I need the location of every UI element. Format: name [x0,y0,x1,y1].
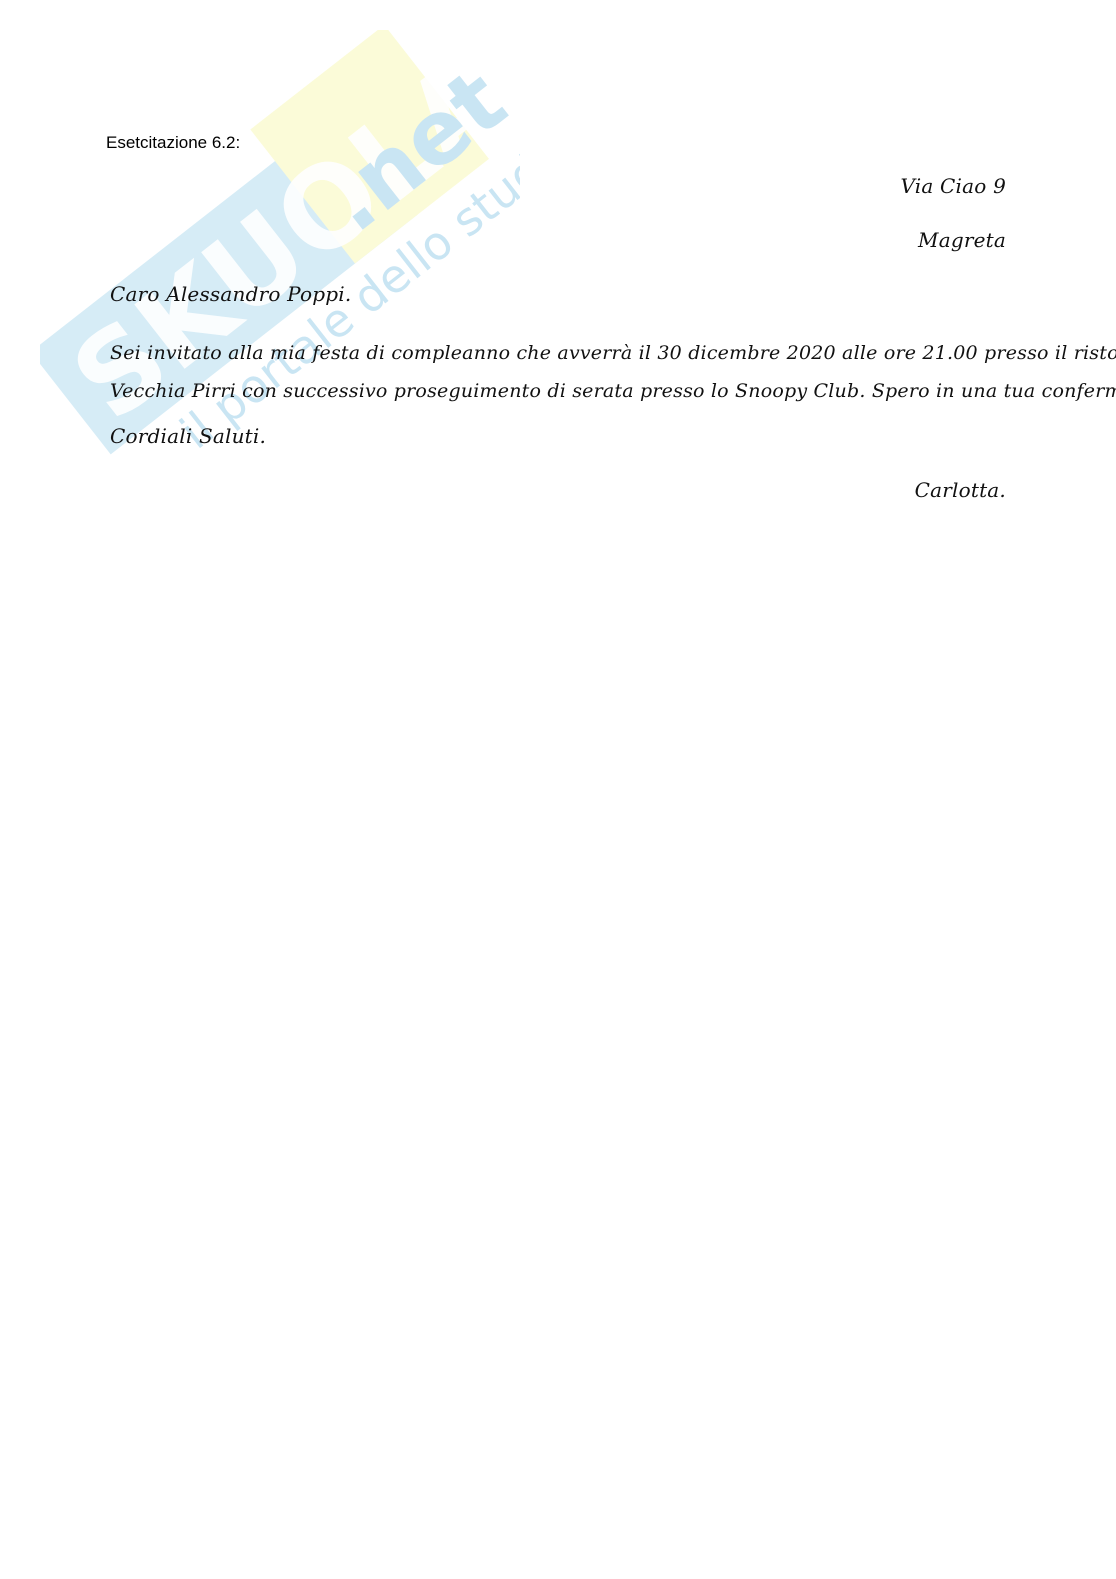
letter-body: Sei invitato alla mia festa di compleann… [110,334,1015,410]
document-page: SKUOLA .net il portale dello studente Es… [0,0,1116,1579]
address-city: Magreta [918,228,1006,252]
body-line: Vecchia Pirri con successivo proseguimen… [110,372,1015,410]
exercise-heading: Esetcitazione 6.2: [106,133,240,153]
body-line: Sei invitato alla mia festa di compleann… [110,334,1015,372]
signature: Carlotta. [915,478,1006,502]
address-street: Via Ciao 9 [900,174,1006,198]
salutation: Caro Alessandro Poppi. [110,282,351,306]
closing: Cordiali Saluti. [110,424,266,448]
letter: Esetcitazione 6.2: Via Ciao 9 Magreta Ca… [0,0,1116,1579]
